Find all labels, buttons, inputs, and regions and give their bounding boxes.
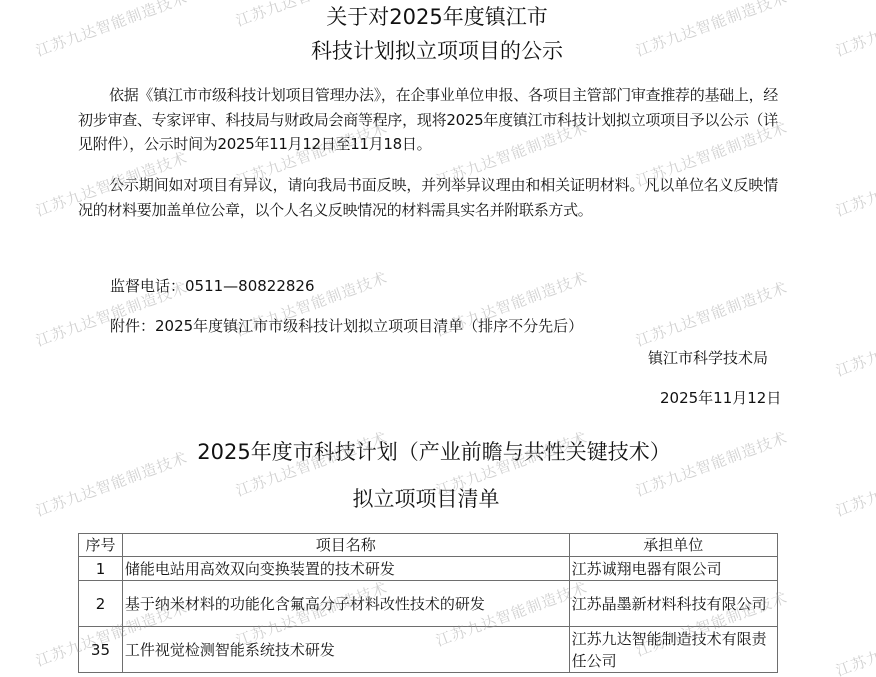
cell-unit: 江苏九达智能制造技术有限责任公司 bbox=[569, 627, 777, 673]
table-row: 35 工件视觉检测智能系统技术研发 江苏九达智能制造技术有限责任公司 bbox=[79, 627, 778, 673]
cell-unit: 江苏晶墨新材料科技有限公司 bbox=[569, 581, 777, 627]
paragraph-objection: 公示期间如对项目有异议，请向我局书面反映，并列举异议理由和相关证明材料。凡以单位… bbox=[78, 173, 778, 222]
column-header-undertaking-unit: 承担单位 bbox=[569, 534, 777, 557]
watermark: 江苏九达智能制造技术 bbox=[833, 307, 876, 381]
watermark: 江苏九达智能制造技术 bbox=[833, 147, 876, 221]
cell-unit: 江苏诚翔电器有限公司 bbox=[569, 557, 777, 581]
list-title-line1: 2025年度市科技计划（产业前瞻与共性关键技术） bbox=[0, 435, 872, 469]
issue-date: 2025年11月12日 bbox=[660, 387, 781, 409]
project-table: 序号 项目名称 承担单位 1 储能电站用高效双向变换装置的技术研发 江苏诚翔电器… bbox=[78, 533, 778, 673]
supervision-phone: 监督电话：0511—80822826 bbox=[110, 275, 315, 297]
attachment-note: 附件：2025年度镇江市市级科技计划拟立项项目清单（排序不分先后） bbox=[110, 315, 583, 337]
cell-project-name: 储能电站用高效双向变换装置的技术研发 bbox=[122, 557, 569, 581]
watermark: 江苏九达智能制造技术 bbox=[633, 277, 791, 351]
table-row: 2 基于纳米材料的功能化含氟高分子材料改性技术的研发 江苏晶墨新材料科技有限公司 bbox=[79, 581, 778, 627]
cell-number: 35 bbox=[79, 627, 123, 673]
issuer-name: 镇江市科学技术局 bbox=[648, 347, 768, 369]
document-title-line2: 科技计划拟立项项目的公示 bbox=[0, 34, 875, 68]
cell-project-name: 工件视觉检测智能系统技术研发 bbox=[122, 627, 569, 673]
column-header-project-name: 项目名称 bbox=[122, 534, 569, 557]
cell-project-name: 基于纳米材料的功能化含氟高分子材料改性技术的研发 bbox=[122, 581, 569, 627]
watermark: 江苏九达智能制造技术 bbox=[833, 607, 876, 677]
table-row: 1 储能电站用高效双向变换装置的技术研发 江苏诚翔电器有限公司 bbox=[79, 557, 778, 581]
cell-number: 1 bbox=[79, 557, 123, 581]
cell-number: 2 bbox=[79, 581, 123, 627]
list-title-line2: 拟立项项目清单 bbox=[0, 482, 864, 516]
column-header-number: 序号 bbox=[79, 534, 123, 557]
table-header-row: 序号 项目名称 承担单位 bbox=[79, 534, 778, 557]
document-title-line1: 关于对2025年度镇江市 bbox=[0, 0, 875, 34]
paragraph-basis: 依据《镇江市市级科技计划项目管理办法》，在企事业单位申报、各项目主管部门审查推荐… bbox=[78, 83, 778, 157]
